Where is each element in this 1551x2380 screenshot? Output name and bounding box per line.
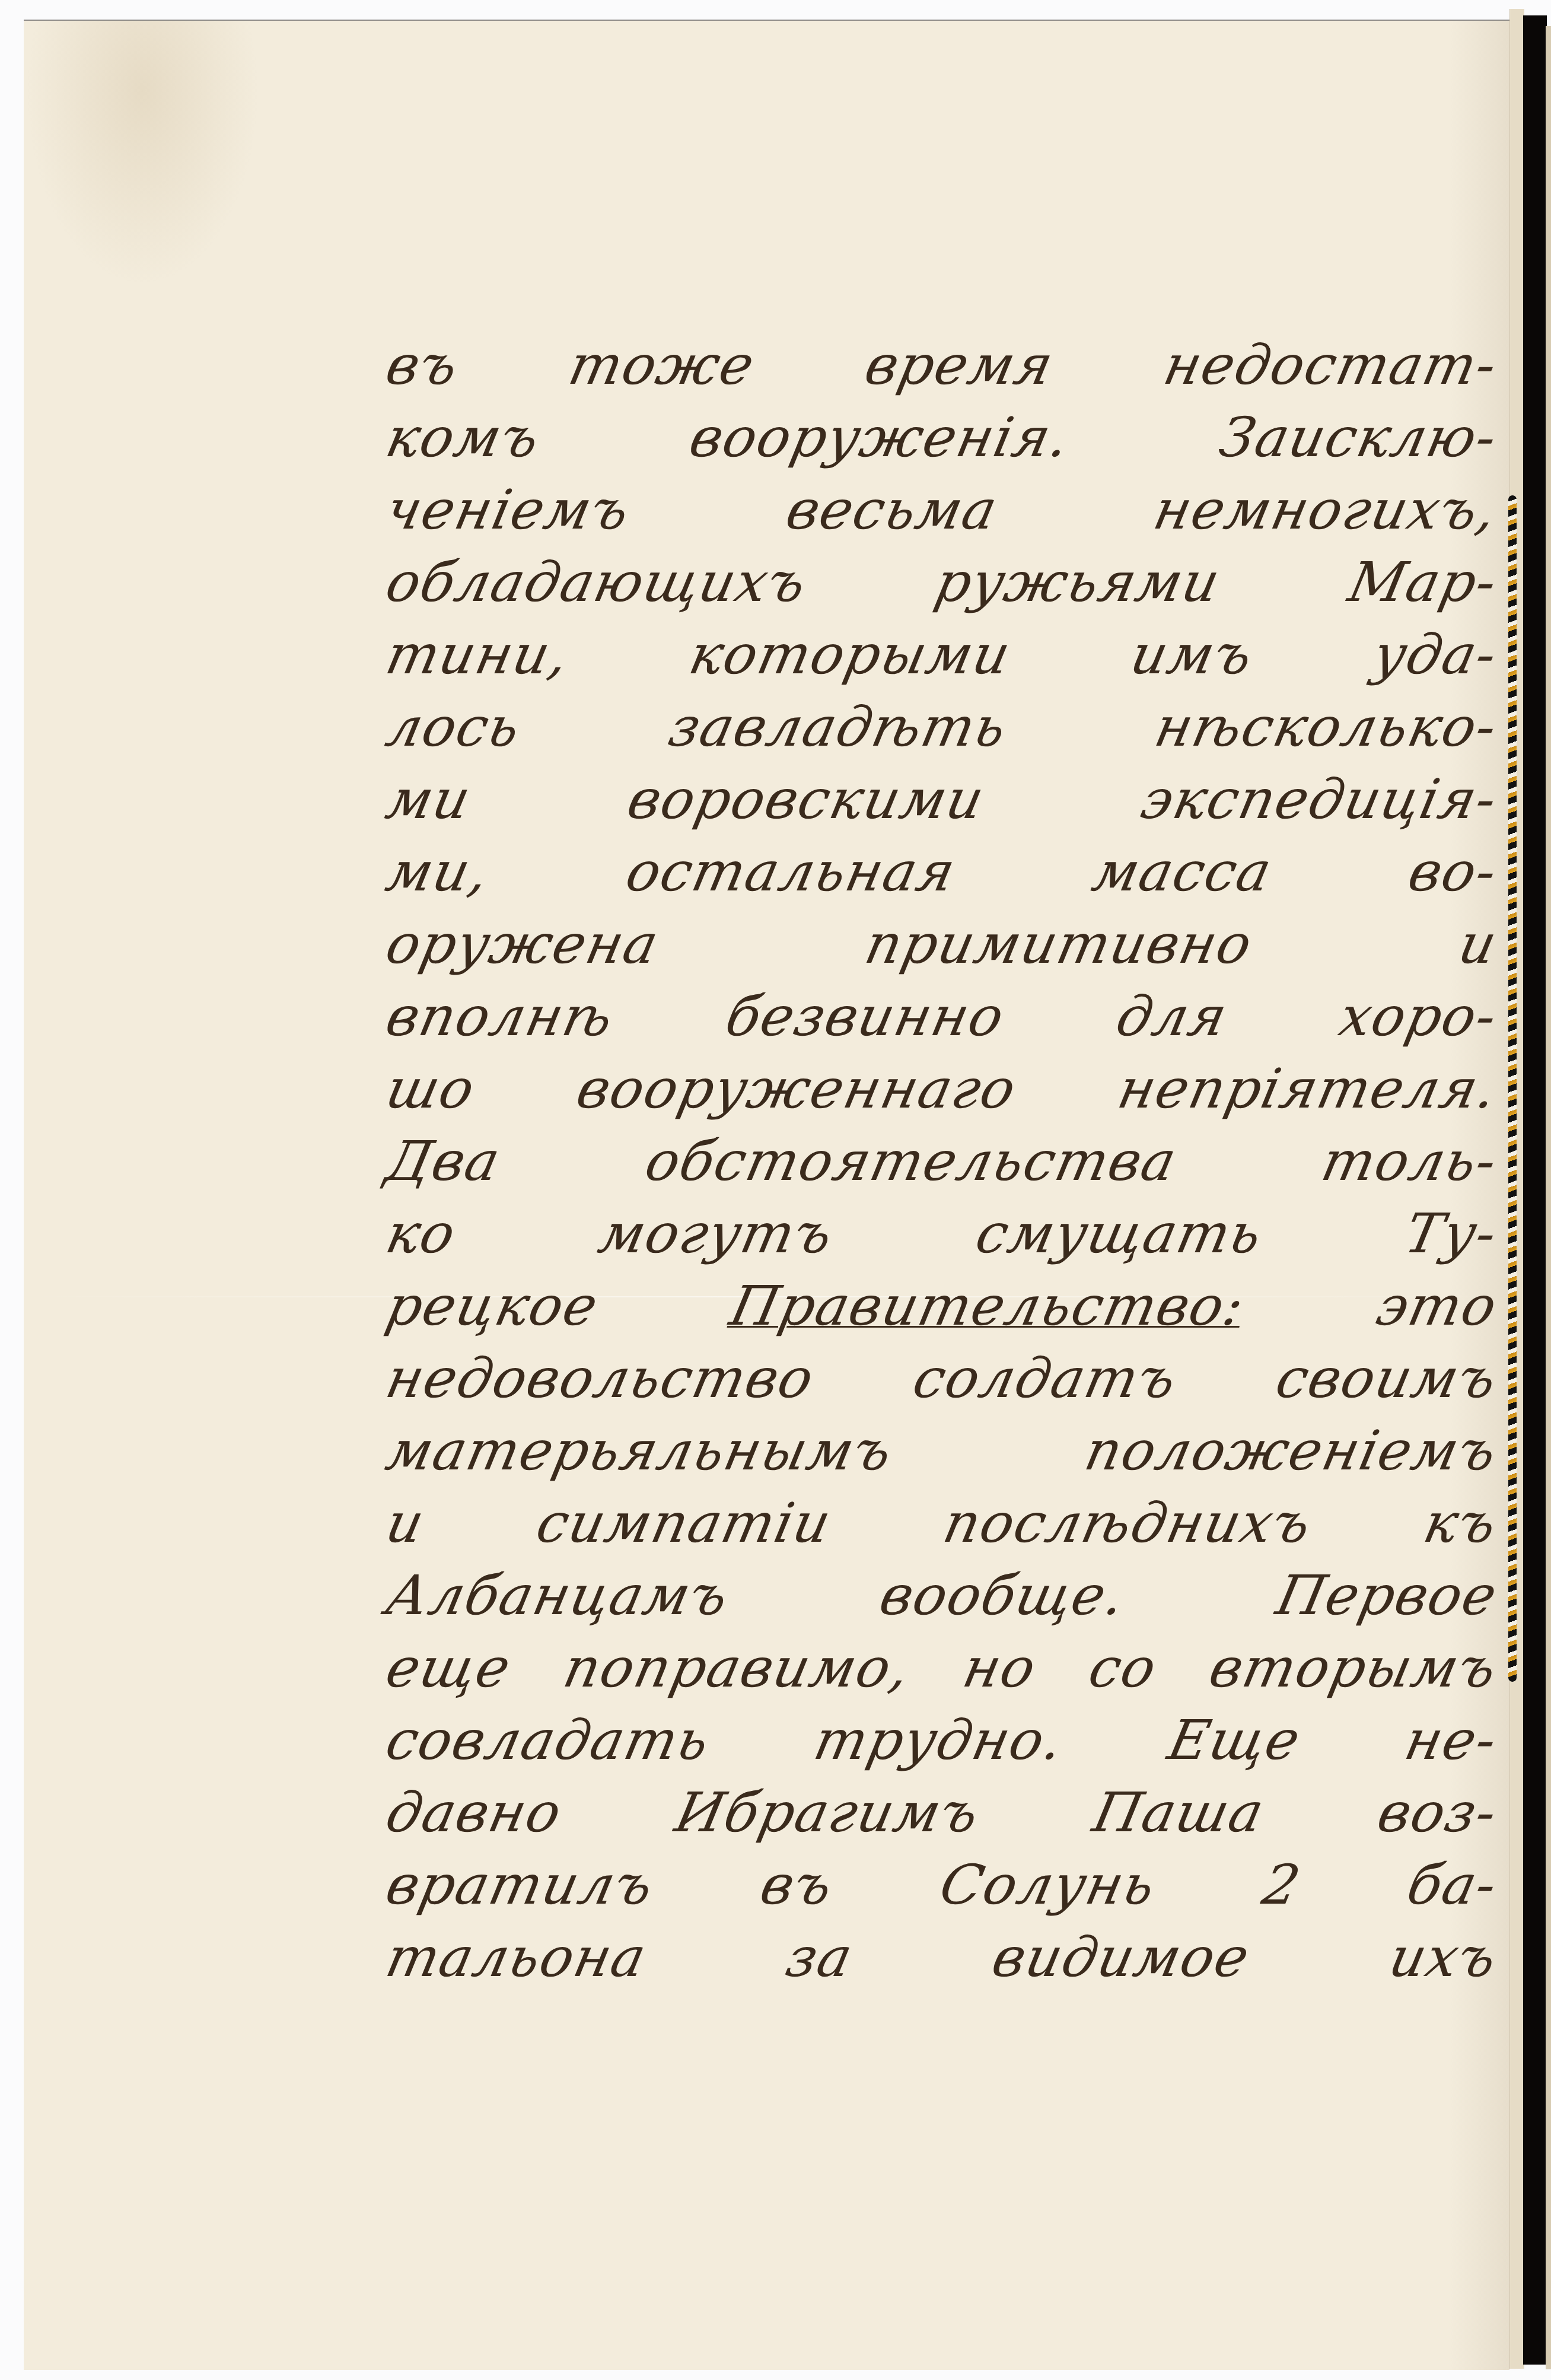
text-line: оруженапримитивнои	[380, 908, 1504, 981]
binding-cord	[1508, 495, 1517, 1682]
text-line: вратилъвъСолунь2ба-	[380, 1849, 1504, 1921]
text-line: исимпатіипослѣднихъкъ	[380, 1487, 1504, 1560]
text-line: совладатьтрудно.Ещене-	[380, 1704, 1504, 1777]
text-line: матерьяльнымъположеніемъ	[380, 1415, 1504, 1487]
text-line: вътожевремянедостат-	[380, 329, 1504, 402]
text-line: вполнѣбезвиннодляхоро-	[380, 981, 1504, 1053]
text-line: комогутъсмущатьТу-	[380, 1198, 1504, 1270]
next-page-edge	[1546, 26, 1551, 2369]
text-line: ещепоправимо,носовторымъ	[380, 1632, 1504, 1704]
text-line: рецкоеПравительство:это	[380, 1270, 1504, 1342]
text-line: обладающихъружьямиМар-	[380, 546, 1504, 619]
text-line: давноИбрагимъПашавоз-	[380, 1777, 1504, 1849]
text-line: недовольствосолдатъсвоимъ	[380, 1342, 1504, 1415]
text-line: ченіемъвесьманемногихъ,	[380, 474, 1504, 546]
text-line: лосьзавладѣтьнѣсколько-	[380, 691, 1504, 763]
text-line: ми,остальнаямассаво-	[380, 836, 1504, 908]
text-line: комъвооруженія.Заисклю-	[380, 402, 1504, 474]
text-line: тини,которымиимъуда-	[380, 619, 1504, 691]
text-line: миворовскимиэкспедиція-	[380, 763, 1504, 836]
text-line: шовооруженнагонепріятеля.	[380, 1053, 1504, 1125]
text-line: Албанцамъвообще.Первое	[380, 1560, 1504, 1632]
text-line: тальоназавидимоеихъ	[380, 1921, 1504, 1994]
book-binding	[1523, 15, 1547, 2365]
handwritten-text: вътожевремянедостат- комъвооруженія.Заис…	[380, 329, 1489, 1994]
text-line: Дваобстоятельстватоль-	[380, 1125, 1504, 1198]
